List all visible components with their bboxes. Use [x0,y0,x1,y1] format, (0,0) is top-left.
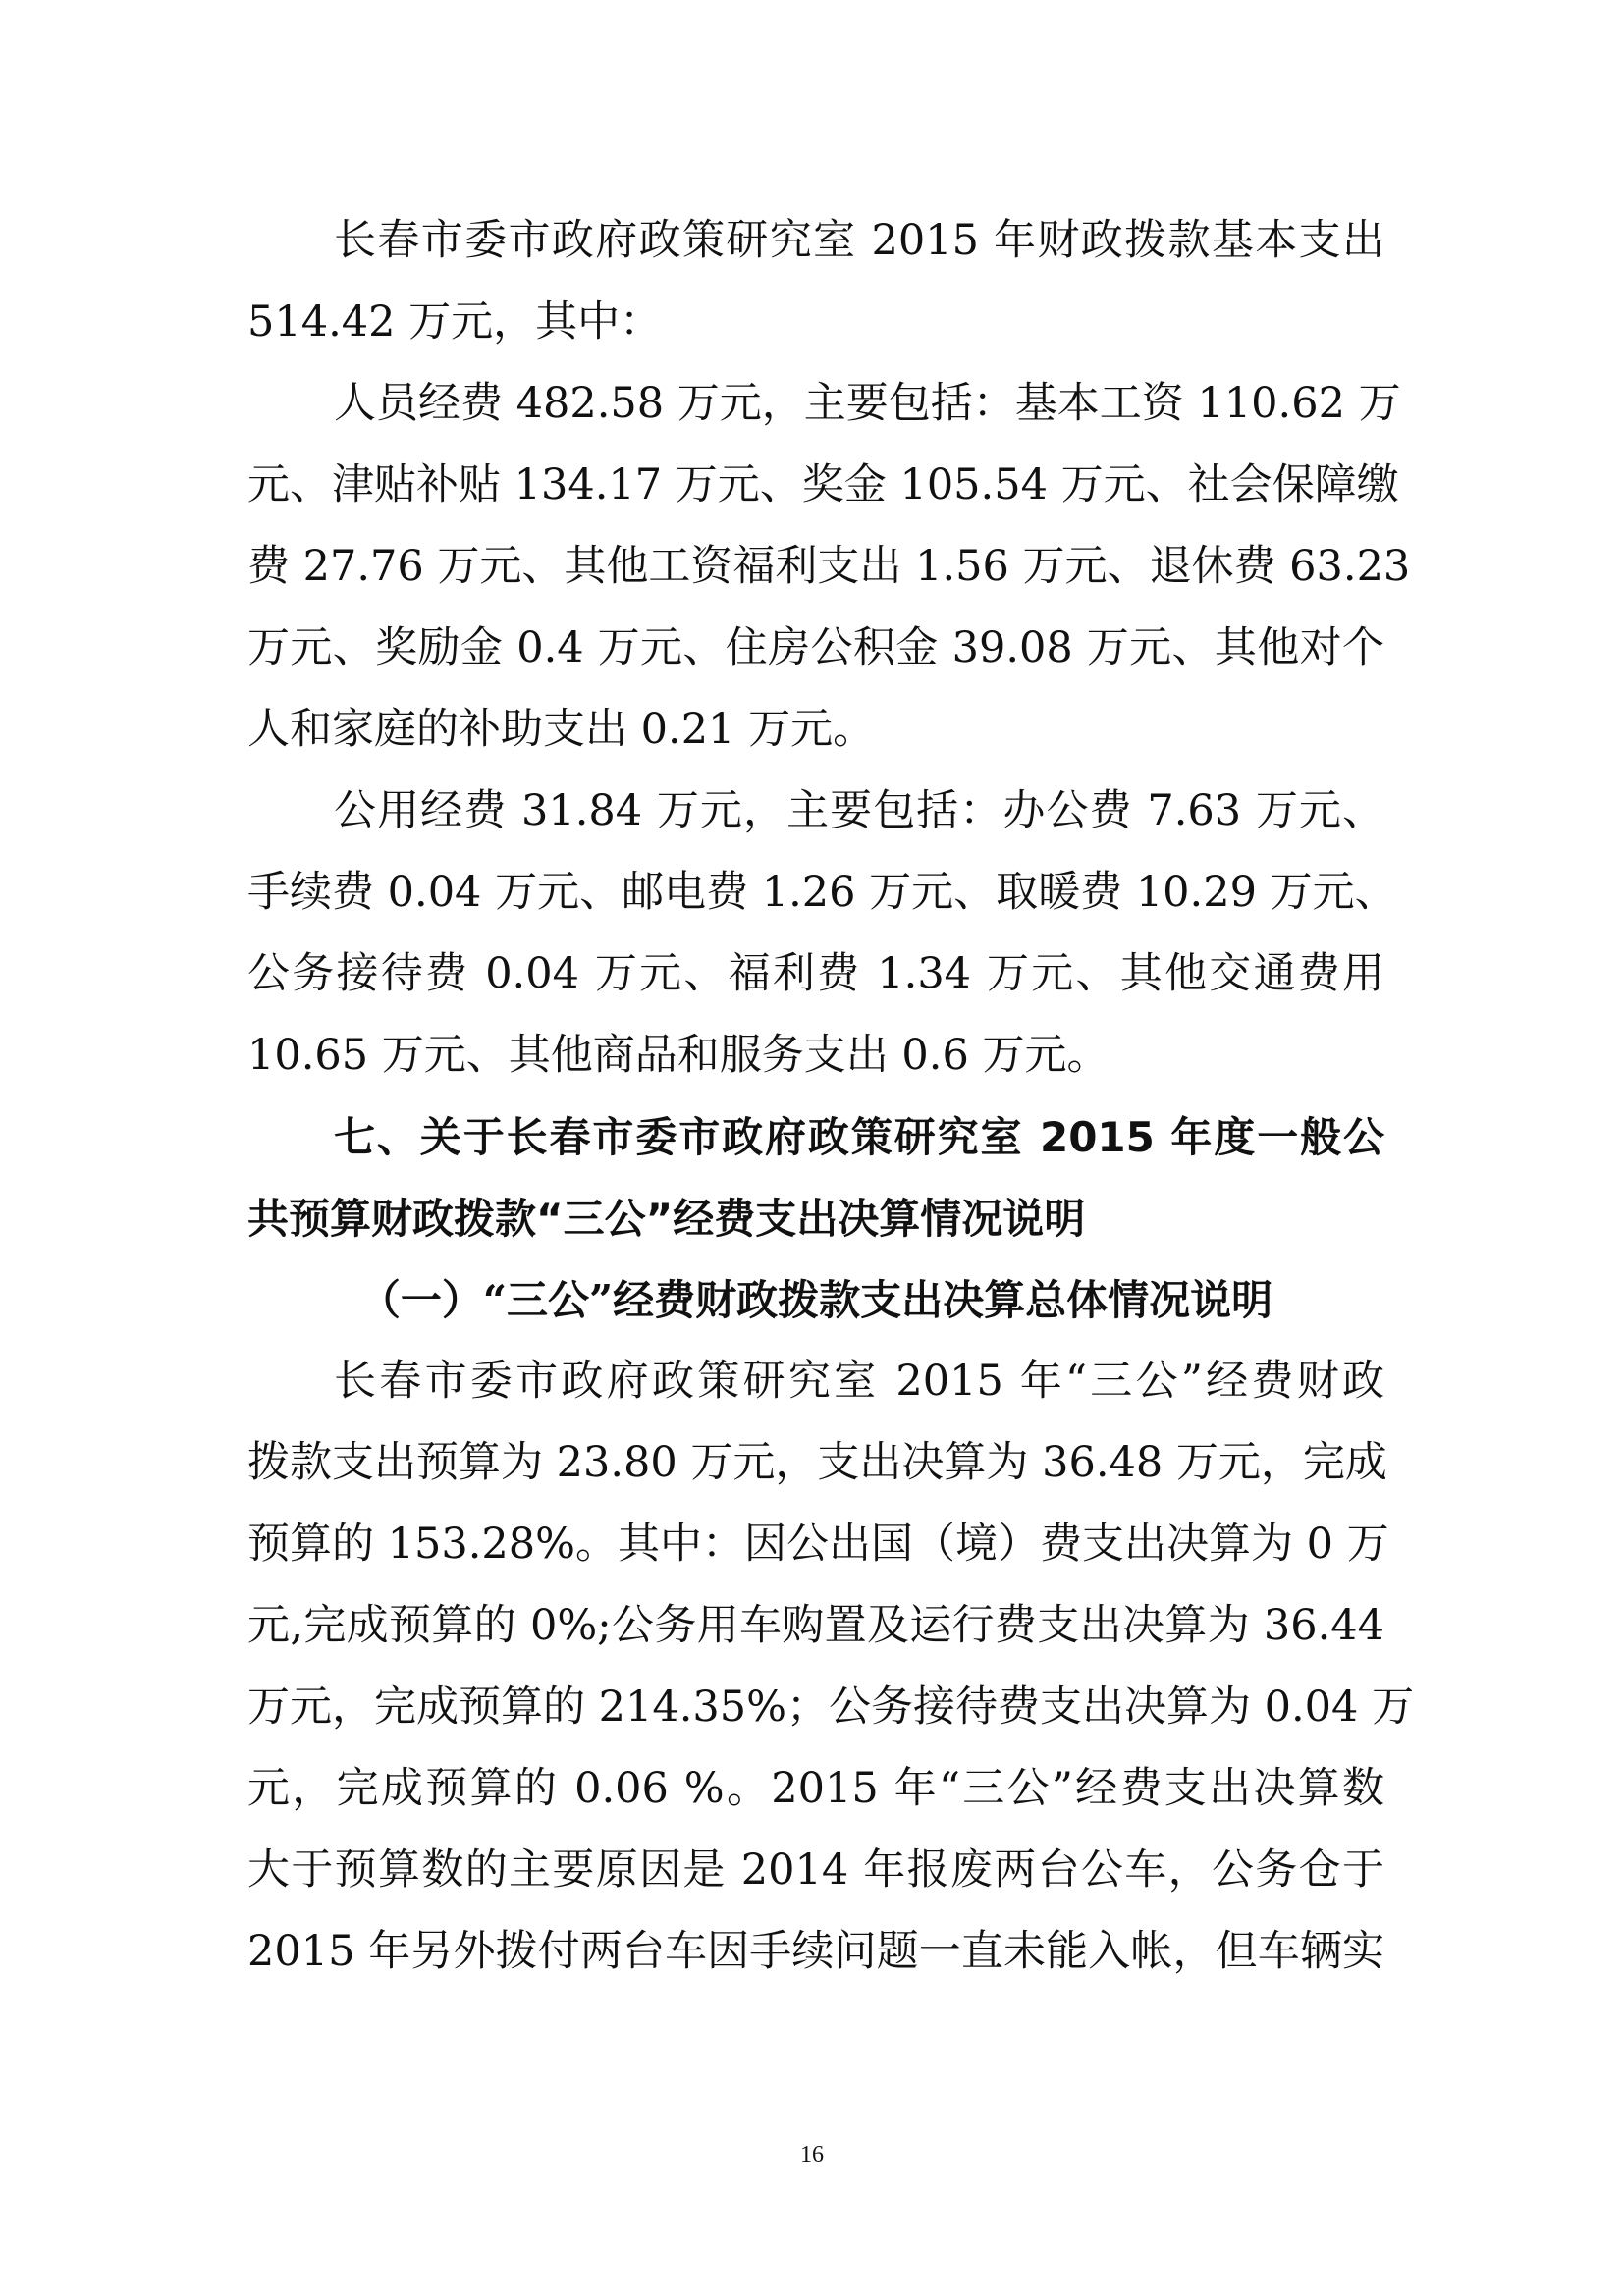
paragraph-three-public-line-6: 元，完成预算的 0.06 %。2015 年“三公”经费支出决算数 [247,1748,1384,1830]
section-seven-heading-line-2: 共预算财政拨款“三公”经费支出决算情况说明 [247,1178,1384,1259]
subsection-one-heading: （一）“三公”经费财政拨款支出决算总体情况说明 [247,1259,1384,1341]
paragraph-three-public-line-4: 元,完成预算的 0%;公务用车购置及运行费支出决算为 36.44 [247,1585,1384,1667]
paragraph-public-costs-line-2: 手续费 0.04 万元、邮电费 1.26 万元、取暖费 10.29 万元、 [247,852,1384,934]
paragraph-personnel-costs-line-3: 费 27.76 万元、其他工资福利支出 1.56 万元、退休费 63.23 [247,526,1384,608]
page-number: 16 [0,2142,1624,2168]
paragraph-three-public-line-7: 大于预算数的主要原因是 2014 年报废两台公车，公务仓于 [247,1830,1384,1911]
paragraph-basic-expenditure-line-2: 514.42 万元，其中： [247,282,1384,363]
paragraph-personnel-costs-line-4: 万元、奖励金 0.4 万元、住房公积金 39.08 万元、其他对个 [247,608,1384,689]
paragraph-public-costs-line-4: 10.65 万元、其他商品和服务支出 0.6 万元。 [247,1015,1384,1096]
paragraph-three-public-line-5: 万元，完成预算的 214.35%；公务接待费支出决算为 0.04 万 [247,1667,1384,1748]
paragraph-public-costs-line-1: 公用经费 31.84 万元，主要包括：办公费 7.63 万元、 [247,771,1384,852]
paragraph-three-public-line-8: 2015 年另外拨付两台车因手续问题一直未能入帐，但车辆实 [247,1911,1384,1993]
paragraph-three-public-line-1: 长春市委市政府政策研究室 2015 年“三公”经费财政 [247,1341,1384,1422]
paragraph-three-public-line-2: 拨款支出预算为 23.80 万元，支出决算为 36.48 万元，完成 [247,1422,1384,1504]
paragraph-three-public-line-3: 预算的 153.28%。其中：因公出国（境）费支出决算为 0 万 [247,1504,1384,1585]
paragraph-personnel-costs-line-5: 人和家庭的补助支出 0.21 万元。 [247,689,1384,771]
section-seven-heading-line-1: 七、关于长春市委市政府政策研究室 2015 年度一般公 [247,1096,1384,1178]
paragraph-personnel-costs-line-2: 元、津贴补贴 134.17 万元、奖金 105.54 万元、社会保障缴 [247,445,1384,526]
paragraph-public-costs-line-3: 公务接待费 0.04 万元、福利费 1.34 万元、其他交通费用 [247,934,1384,1015]
paragraph-basic-expenditure-line-1: 长春市委市政府政策研究室 2015 年财政拨款基本支出 [247,200,1384,282]
paragraph-personnel-costs-line-1: 人员经费 482.58 万元，主要包括：基本工资 110.62 万 [247,363,1384,445]
